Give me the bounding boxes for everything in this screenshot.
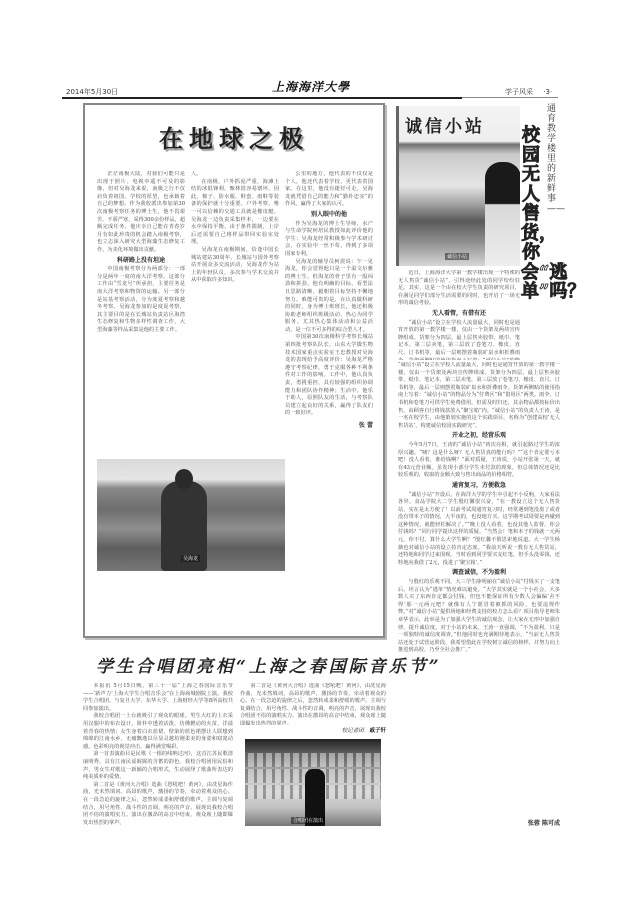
issue-date: 2014年5月30日: [66, 87, 118, 97]
page-number: ·3·: [543, 88, 552, 96]
choir-column-1: 本报讯 5月15日晚，第三十一届“上海之春国际音乐节——‘新声力’上海大学生合唱…: [83, 683, 233, 833]
paragraph: 人。: [191, 171, 279, 179]
article-headline: 校园无人售货，你会“逃单”吗？: [521, 126, 541, 302]
honesty-intro-column: 近日，上海海洋大学第一教学楼出现一个特殊的无人售货“诚信小站”，引得途经此处的同…: [398, 270, 520, 360]
article-headline: 在地球之极: [85, 119, 383, 154]
paragraph: 吴海龙的辅导员柯震说：乍一见海龙，你会觉得他只是一个温文尔雅的博士生，但海龙的骨…: [285, 259, 373, 335]
byline: 张 蕾: [285, 422, 373, 430]
paragraph: 中国南极考察分为两部分：一部分是两年一度的南大洋考察。这部分工作由“雪龙号”所承…: [97, 266, 185, 334]
subheading: 开业之初，经营乐观: [398, 432, 560, 440]
paragraph: 第二首是《黄河大合唱》选曲《怒吼吧！黄河》，由冼星海作曲，光未然填词。高昂的歌声…: [240, 683, 386, 725]
honesty-store-photo: 诚信小站 诚信小站: [396, 106, 520, 266]
paragraph: 与殷红的乐观不同，大三学生薛明丽在“诚信小站”付钱买了一支笔后，坦言认为“逃单”…: [398, 579, 560, 655]
section-name: 学子风采: [505, 88, 533, 96]
subheading: 通宵复习，方便救急: [398, 482, 560, 490]
byline-name: 戚子轩: [369, 728, 386, 734]
header-rule-right: [462, 97, 558, 98]
subheading: 无人看管，有借有还: [398, 310, 520, 318]
paragraph: 吴海龙在南极期间，恰逢中国长城站建站30周年。长城站与国外考察站开展众多交流活动…: [191, 247, 279, 285]
subheading: 调查诚信，不为盈利: [398, 569, 560, 577]
honesty-byline: 张蓉 陈可成: [398, 818, 560, 827]
paragraph: 在南极，户外抓泥严重，海滩上结的冰很锋利，甄林很容易割坏。因此，棉子、防水服、鞋…: [191, 179, 279, 247]
newspaper-page: 2014年5月30日 上海海洋大學 学子风采 ·3· 在地球之极 茫茫南极大陆，…: [0, 0, 640, 905]
paragraph: 公里的地方，他代表的不仅仅是个人，他还代表着学校，更代表着国家。在这里，他没有捷…: [285, 171, 373, 209]
subheading: 科研路上没有坦途: [97, 257, 185, 265]
paragraph: 第二首是《黄河大合唱》选曲《怒吼吧！黄河》，由冼星海作曲，光未然填词。高昂的歌声…: [83, 782, 233, 828]
paragraph: 本报讯 5月15日晚，第三十一届“上海之春国际音乐节——‘新声力’上海大学生合唱…: [83, 683, 233, 713]
paragraph: 作为吴海龙的博士生导师，水产与生命学院何培民教授如此评价他的学生：吴海龙经常积极…: [285, 221, 373, 259]
photo-caption: 诚信小站: [445, 253, 469, 260]
article-column-3: 公里的地方，他代表的不仅仅是个人，他还代表着学校，更代表着国家。在这里，他没有捷…: [285, 171, 373, 623]
paragraph: 茫茫南极大陆，对我们可能只是出现于照片、电视中遥不可及的影像，但对吴海龙来说，南…: [97, 171, 185, 255]
paragraph: 近日，上海海洋大学第一教学楼出现一个特殊的无人售货“诚信小站”，引得途经此处的同…: [398, 270, 520, 308]
article-kicker: 通育教学楼里的新鲜事——: [547, 104, 559, 214]
masthead: 上海海洋大學: [272, 78, 350, 95]
store-sign: 诚信小站: [405, 112, 485, 137]
choir-column-2: 第二首是《黄河大合唱》选曲《怒吼吧！黄河》，由冼星海作曲，光未然填词。高昂的歌声…: [240, 683, 386, 725]
choir-byline: 校记者团 戚子轩: [240, 726, 386, 734]
honesty-body-column: “诚信小站”设立在学校人流量最大，同时也是通宵开放的第一教学楼一楼，仅由一个货架…: [398, 362, 560, 864]
paragraph: 今年5月7日，王涛的“诚信小站”初次亮相，就引起路过学生的浓厚兴趣。“咦？这是什…: [398, 442, 560, 480]
article-column-1: 茫茫南极大陆，对我们可能只是出现于照片、电视中遥不可及的影像，但对吴海龙来说，南…: [97, 171, 185, 453]
choir-row: [245, 753, 381, 767]
paragraph: “诚信小站”设立在学校人流量最大，同时也是通宵开放的第一教学楼一楼，仅由一个货架…: [398, 362, 560, 430]
paragraph: 我校合唱团一上台就吸引了观众的眼球。男生大红的上衣采用汉服中的布衣设计，简朴中透…: [83, 713, 233, 751]
article-column-2: 人。 在南极，户外抓泥严重，海滩上结的冰很锋利，甄林很容易割坏。因此，棉子、防水…: [191, 171, 279, 453]
photo-caption: 合唱团在演出: [291, 817, 325, 824]
paragraph: 中国第30次南极科学考察长城站第四批考察队队长、山东大学微生物技术国家重点实验室…: [285, 334, 373, 418]
antarctic-article: 在地球之极 茫茫南极大陆，对我们可能只是出现于照片、电视中遥不可及的影像，但对吴…: [83, 103, 385, 638]
student-figure: [485, 162, 520, 266]
subheading: 别人眼中的他: [285, 211, 373, 219]
person-head: [175, 469, 193, 489]
byline-role: 校记者团: [342, 728, 364, 734]
choir-headline: 学生合唱团亮相“上海之春国际音乐节”: [96, 652, 442, 677]
header-rule: [62, 97, 462, 99]
page-header: 2014年5月30日 上海海洋大學: [66, 78, 462, 98]
paragraph: 第一首表演曲目是民歌《一根的线呐过河》，这首江苏民歌清丽明秀，具有江南民谣娓娓的…: [83, 751, 233, 781]
photo-caption: 吴海龙: [181, 555, 200, 562]
choir-photo: 合唱团在演出: [245, 739, 381, 826]
section-label: 学子风采 ·3·: [505, 87, 552, 97]
paragraph: “诚信小站”开设后，在海洋大学的学生中引起不小反响，大家看法各异。食品学院大二学…: [398, 492, 560, 568]
paragraph: “诚信小站”设立在学校人流量最大，同时也是通宵开放的第一教学楼一楼，仅由一个货架…: [398, 320, 520, 360]
antarctic-photo: 吴海龙: [97, 459, 285, 571]
